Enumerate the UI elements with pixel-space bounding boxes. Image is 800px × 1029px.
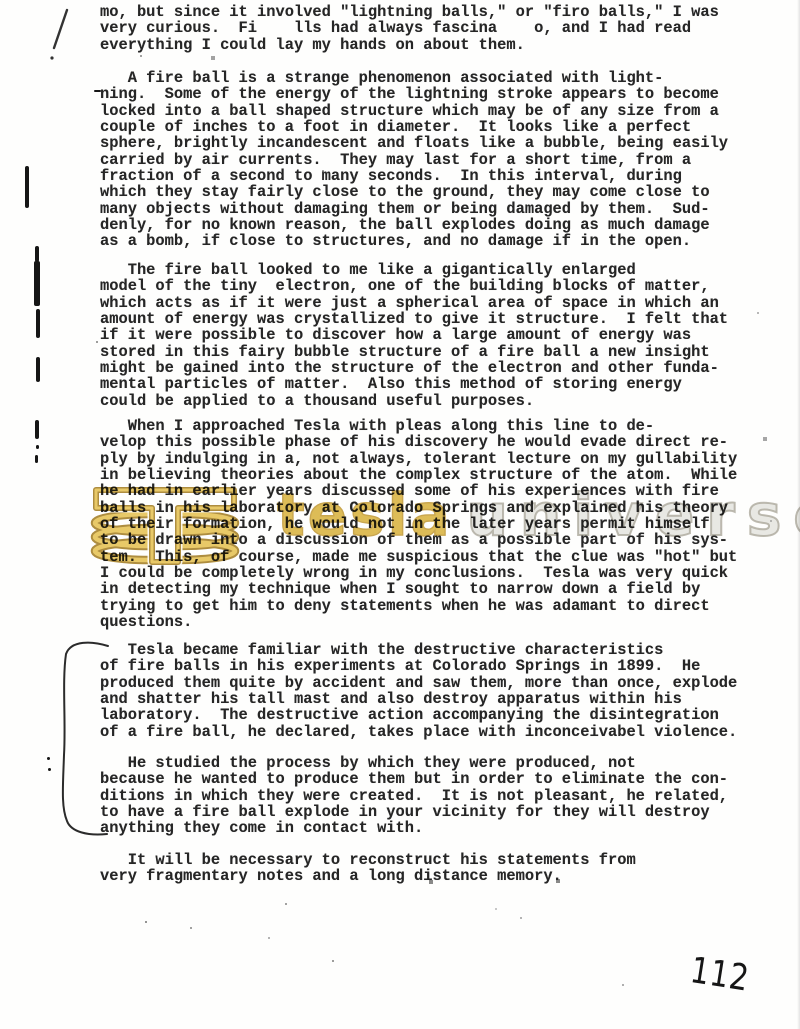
- margin-bracket: [50, 635, 120, 847]
- scan-ink-dot: [36, 445, 39, 449]
- paper-specks: [0, 0, 2, 2]
- paragraph: The fire ball looked to me like a gigant…: [100, 262, 728, 409]
- paragraph: mo, but since it involved "lightning bal…: [100, 4, 719, 53]
- paragraph: Tesla became familiar with the destructi…: [100, 642, 737, 740]
- paragraph: A fire ball is a strange phenomenon asso…: [100, 70, 728, 250]
- paragraph: It will be necessary to reconstruct his …: [100, 852, 636, 885]
- page-background: mo, but since it involved "lightning bal…: [0, 0, 800, 1029]
- scan-ink-bar: [34, 261, 40, 306]
- scan-ink-bar: [35, 420, 39, 439]
- scan-dash-artifact: [94, 90, 101, 92]
- scan-ink-bar: [25, 166, 29, 208]
- paragraph: He studied the process by which they wer…: [100, 755, 728, 837]
- scan-ink-bar: [36, 357, 40, 382]
- scanned-document-page: { "doc": { "page_number": "112", "paragr…: [0, 0, 800, 1029]
- scan-ink-bar: [35, 455, 38, 463]
- pen-slash-mark: [44, 4, 78, 66]
- scan-ink-bar: [35, 246, 39, 262]
- page-number: 112: [688, 950, 752, 1000]
- scan-ink-bar: [36, 309, 40, 338]
- paragraph: When I approached Tesla with pleas along…: [100, 418, 737, 630]
